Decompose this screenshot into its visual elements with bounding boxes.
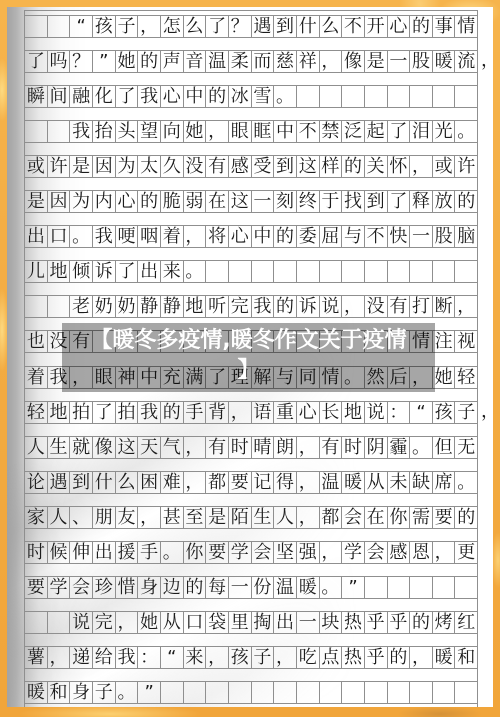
grid-row: 薯，递给我：“来，孩子，吃点热乎的，暖和 — [24, 646, 478, 669]
grid-cell: 来 — [160, 261, 183, 282]
grid-cell: 倾 — [69, 261, 92, 282]
grid-cell: 慈 — [273, 51, 296, 72]
grid-cell — [454, 261, 477, 282]
grid-row: 论遇到什么困难，都要记得，温暖从未缺席。 — [24, 471, 478, 494]
grid-cell: 。 — [115, 682, 138, 703]
grid-cell: 缺 — [409, 472, 432, 493]
grid-cell: 长 — [319, 402, 342, 423]
grid-cell: 。 — [454, 472, 477, 493]
grid-cell: ， — [409, 156, 432, 177]
grid-cell: 未 — [387, 472, 410, 493]
grid-cell: 。 — [69, 226, 92, 247]
grid-cell: 柔 — [228, 51, 251, 72]
grid-cell: 孩 — [228, 647, 251, 668]
grid-cell: 身 — [137, 577, 160, 598]
grid-cell — [364, 261, 387, 282]
grid-cell: 我 — [137, 86, 160, 107]
grid-cell: 点 — [319, 647, 342, 668]
grid-cell: 从 — [364, 472, 387, 493]
grid-cell: 雪 — [251, 86, 274, 107]
grid-cell: 子 — [454, 402, 477, 423]
grid-cell: ， — [183, 472, 206, 493]
grid-cell: 地 — [183, 296, 206, 317]
grid-cell: 出 — [273, 612, 296, 633]
grid-cell: 你 — [183, 542, 206, 563]
grid-row: 儿地倾诉了出来。 — [24, 260, 478, 283]
grid-cell: 要 — [205, 542, 228, 563]
grid-cell: 吗 — [47, 51, 70, 72]
grid-cell: 没 — [364, 296, 387, 317]
grid-cell: ， — [273, 647, 296, 668]
grid-cell: 许 — [454, 156, 477, 177]
grid-row: “孩子，怎么了？遇到什么不开心的事情 — [24, 15, 478, 38]
grid-cell: 诉 — [296, 296, 319, 317]
grid-cell: 而 — [251, 51, 274, 72]
grid-cell: 快 — [387, 226, 410, 247]
grid-cell: 要 — [228, 472, 251, 493]
grid-cell: 至 — [183, 507, 206, 528]
grid-cell: 化 — [92, 86, 115, 107]
grid-row: 时候伸出援手。你要学会坚强，学会感恩，更 — [24, 541, 478, 564]
grid-cell: 么 — [115, 472, 138, 493]
grid-cell: 不 — [341, 16, 364, 37]
grid-cell: 为 — [115, 156, 138, 177]
grid-cell: 说 — [69, 612, 92, 633]
grid-cell: 是 — [205, 507, 228, 528]
grid-cell: 因 — [92, 156, 115, 177]
grid-cell: 出 — [25, 226, 47, 247]
grid-cell: 坚 — [273, 542, 296, 563]
grid-cell: 学 — [341, 542, 364, 563]
grid-cell: 时 — [25, 542, 47, 563]
grid-cell: ？ — [228, 16, 251, 37]
grid-row: 要学会珍惜身边的每一份温暖。” — [24, 576, 478, 599]
grid-cell: 她 — [115, 51, 138, 72]
grid-cell: 地 — [47, 402, 70, 423]
grid-cell: 暖 — [341, 472, 364, 493]
grid-cell — [319, 86, 342, 107]
grid-cell: 眶 — [251, 121, 274, 142]
grid-cell: 为 — [69, 191, 92, 212]
grid-cell: 一 — [409, 226, 432, 247]
grid-row: 说完，她从口袋里掏出一块热乎乎的烤红 — [24, 611, 478, 634]
grid-cell: ？ — [69, 51, 92, 72]
grid-cell: 是 — [364, 51, 387, 72]
grid-cell: 更 — [454, 542, 477, 563]
grid-cell — [205, 682, 228, 703]
grid-cell: 放 — [432, 191, 455, 212]
grid-cell: 感 — [228, 156, 251, 177]
grid-cell: 乎 — [387, 612, 410, 633]
grid-cell: “ — [69, 16, 92, 37]
grid-cell: 了 — [92, 402, 115, 423]
grid-cell: 会 — [69, 577, 92, 598]
grid-cell: 晴 — [251, 437, 274, 458]
grid-cell: 你 — [387, 507, 410, 528]
grid-cell: 音 — [183, 51, 206, 72]
grid-cell: 股 — [432, 226, 455, 247]
grid-cell — [387, 577, 410, 598]
grid-cell: 的 — [409, 16, 432, 37]
grid-cell: 语 — [251, 402, 274, 423]
grid-cell: 要 — [432, 507, 455, 528]
grid-row: 家人、朋友，甚至是陌生人，都会在你需要的 — [24, 506, 478, 529]
grid-cell: ， — [228, 402, 251, 423]
grid-cell: ， — [183, 437, 206, 458]
grid-cell: 候 — [47, 542, 70, 563]
grid-cell: ， — [137, 16, 160, 37]
grid-cell: 或 — [432, 156, 455, 177]
grid-cell: 的 — [205, 86, 228, 107]
grid-cell: 视 — [454, 331, 477, 352]
grid-cell: 向 — [160, 121, 183, 142]
grid-cell: 无 — [454, 437, 477, 458]
grid-cell: 。 — [183, 261, 206, 282]
grid-cell: 友 — [115, 507, 138, 528]
grid-row: 老奶奶静静地听完我的诉说，没有打断， — [24, 295, 478, 318]
grid-row: 人生就像这天气，有时晴朗，有时阴霾。但无 — [24, 436, 478, 459]
grid-cell — [319, 682, 342, 703]
grid-cell: ， — [296, 507, 319, 528]
grid-cell: 弱 — [183, 191, 206, 212]
grid-cell: 块 — [319, 612, 342, 633]
grid-cell: 融 — [69, 86, 92, 107]
grid-cell: 刻 — [273, 191, 296, 212]
grid-cell: “ — [409, 402, 432, 423]
grid-cell — [432, 577, 455, 598]
grid-cell: ， — [319, 542, 342, 563]
grid-cell: 奶 — [115, 296, 138, 317]
grid-cell: 手 — [137, 542, 160, 563]
grid-cell: 地 — [341, 402, 364, 423]
grid-cell: 屈 — [319, 226, 342, 247]
title-overlay: 【暖冬多疫情,暖冬作文关于疫情】 — [62, 323, 435, 392]
grid-cell: 什 — [296, 16, 319, 37]
grid-cell: 的 — [454, 191, 477, 212]
grid-cell: 都 — [319, 507, 342, 528]
grid-cell — [47, 16, 70, 37]
grid-cell: 像 — [341, 51, 364, 72]
grid-cell: 珍 — [92, 577, 115, 598]
grid-cell: 久 — [160, 156, 183, 177]
grid-cell: 在 — [205, 191, 228, 212]
grid-cell — [25, 121, 47, 142]
grid-cell: 给 — [92, 647, 115, 668]
grid-cell: 内 — [92, 191, 115, 212]
grid-cell: 烤 — [432, 612, 455, 633]
grid-cell — [387, 261, 410, 282]
grid-cell — [454, 86, 477, 107]
grid-cell: 重 — [273, 402, 296, 423]
grid-cell: 需 — [409, 507, 432, 528]
grid-cell: 地 — [47, 261, 70, 282]
grid-cell: 说 — [364, 402, 387, 423]
grid-cell — [228, 261, 251, 282]
grid-cell: 诉 — [92, 261, 115, 282]
grid-cell: 。 — [160, 542, 183, 563]
grid-cell — [273, 261, 296, 282]
grid-row: 我抬头望向她，眼眶中不禁泛起了泪光。 — [24, 120, 478, 143]
grid-cell: ” — [137, 682, 160, 703]
grid-cell: 到 — [364, 191, 387, 212]
grid-cell: 声 — [160, 51, 183, 72]
grid-cell: 但 — [432, 437, 455, 458]
grid-cell: 瞬 — [25, 86, 47, 107]
grid-cell: 哽 — [115, 226, 138, 247]
grid-cell: 了 — [387, 121, 410, 142]
grid-cell: 了 — [115, 86, 138, 107]
grid-cell: 她 — [137, 612, 160, 633]
grid-cell: 和 — [47, 682, 70, 703]
grid-cell — [432, 682, 455, 703]
grid-cell: 情 — [454, 16, 477, 37]
grid-cell — [364, 577, 387, 598]
grid-cell: 终 — [296, 191, 319, 212]
grid-cell: ， — [137, 507, 160, 528]
grid-cell: 泛 — [341, 121, 364, 142]
grid-cell — [341, 682, 364, 703]
grid-cell: 这 — [228, 191, 251, 212]
grid-cell: 了 — [387, 191, 410, 212]
grid-cell: 儿 — [25, 261, 47, 282]
grid-cell: 热 — [341, 647, 364, 668]
grid-cell: 着 — [160, 226, 183, 247]
grid-cell — [251, 682, 274, 703]
margin-punctuation: ， — [481, 50, 495, 73]
grid-cell: 和 — [454, 647, 477, 668]
grid-cell — [25, 612, 47, 633]
grid-cell: ： — [137, 647, 160, 668]
grid-cell: 生 — [47, 437, 70, 458]
grid-cell — [341, 261, 364, 282]
grid-cell: 。 — [273, 86, 296, 107]
grid-cell: 温 — [205, 51, 228, 72]
grid-cell: 有 — [319, 437, 342, 458]
grid-cell: 难 — [160, 472, 183, 493]
grid-cell: 边 — [160, 577, 183, 598]
grid-cell — [454, 577, 477, 598]
grid-cell: 关 — [364, 156, 387, 177]
grid-cell: 感 — [387, 542, 410, 563]
grid-cell: 援 — [115, 542, 138, 563]
grid-cell: 心 — [115, 191, 138, 212]
grid-cell: 红 — [454, 612, 477, 633]
grid-cell — [205, 261, 228, 282]
grid-cell: 遇 — [47, 472, 70, 493]
grid-cell: 朗 — [273, 437, 296, 458]
grid-cell: 乎 — [364, 612, 387, 633]
grid-cell: ” — [92, 51, 115, 72]
grid-cell: 一 — [251, 191, 274, 212]
grid-cell: 像 — [92, 437, 115, 458]
grid-cell: 的 — [454, 507, 477, 528]
grid-cell: 一 — [387, 51, 410, 72]
grid-cell: 完 — [228, 296, 251, 317]
grid-cell: 困 — [137, 472, 160, 493]
grid-cell: 朋 — [92, 507, 115, 528]
grid-cell: 一 — [296, 612, 319, 633]
grid-cell: 开 — [364, 16, 387, 37]
grid-row: 或许是因为太久没有感受到这样的关怀，或许 — [24, 155, 478, 178]
grid-cell: 股 — [409, 51, 432, 72]
grid-cell: ： — [387, 402, 410, 423]
grid-cell: 。 — [454, 121, 477, 142]
grid-cell: 会 — [364, 542, 387, 563]
grid-cell: ， — [319, 51, 342, 72]
grid-cell: 热 — [341, 612, 364, 633]
grid-cell: 有 — [205, 156, 228, 177]
grid-cell — [319, 261, 342, 282]
grid-cell: 时 — [341, 437, 364, 458]
grid-cell: 每 — [205, 577, 228, 598]
grid-cell — [432, 261, 455, 282]
grid-cell: 甚 — [160, 507, 183, 528]
grid-cell: 静 — [137, 296, 160, 317]
grid-cell: 出 — [137, 261, 160, 282]
grid-cell — [273, 682, 296, 703]
grid-cell: 因 — [47, 191, 70, 212]
grid-cell: 的 — [273, 226, 296, 247]
grid-cell — [296, 261, 319, 282]
grid-row: 轻地拍了拍我的手背，语重心长地说：“孩子 — [24, 401, 478, 424]
grid-cell — [409, 261, 432, 282]
grid-cell: 身 — [69, 682, 92, 703]
grid-cell: 了 — [205, 16, 228, 37]
grid-cell: 心 — [296, 402, 319, 423]
grid-cell: 中 — [251, 226, 274, 247]
grid-cell — [409, 577, 432, 598]
grid-cell: 望 — [137, 121, 160, 142]
grid-cell: 霾 — [387, 437, 410, 458]
grid-cell: 会 — [251, 542, 274, 563]
grid-cell: 家 — [25, 507, 47, 528]
grid-cell: 了 — [25, 51, 47, 72]
grid-cell: 说 — [319, 296, 342, 317]
grid-cell: 光 — [432, 121, 455, 142]
grid-cell: 有 — [205, 437, 228, 458]
grid-cell: 我 — [251, 296, 274, 317]
grid-cell: 没 — [183, 156, 206, 177]
grid-cell — [387, 682, 410, 703]
grid-cell: 阴 — [364, 437, 387, 458]
grid-cell: 着 — [25, 367, 47, 388]
grid-cell — [364, 86, 387, 107]
grid-cell: 论 — [25, 472, 47, 493]
grid-cell: 陌 — [228, 507, 251, 528]
grid-cell: 脑 — [454, 226, 477, 247]
grid-cell: 奶 — [92, 296, 115, 317]
grid-cell: 心 — [387, 16, 410, 37]
grid-cell: 温 — [319, 472, 342, 493]
grid-cell: 头 — [115, 121, 138, 142]
grid-row: 瞬间融化了我心中的冰雪。 — [24, 85, 478, 108]
grid-cell: 到 — [69, 472, 92, 493]
grid-cell — [25, 16, 47, 37]
grid-cell: 起 — [364, 121, 387, 142]
grid-cell: 也 — [25, 331, 47, 352]
grid-cell: 暖 — [25, 682, 47, 703]
grid-cell: 了 — [115, 261, 138, 282]
grid-cell: 祥 — [296, 51, 319, 72]
grid-cell: 委 — [296, 226, 319, 247]
grid-cell: 的 — [341, 156, 364, 177]
grid-row: 暖和身子。” — [24, 681, 478, 704]
grid-cell: ， — [205, 647, 228, 668]
grid-cell — [454, 682, 477, 703]
grid-cell: 拍 — [69, 402, 92, 423]
grid-cell: 袋 — [205, 612, 228, 633]
grid-cell: 薯 — [25, 647, 47, 668]
grid-cell: 就 — [69, 437, 92, 458]
grid-cell: 。 — [319, 577, 342, 598]
grid-cell: 人 — [273, 507, 296, 528]
grid-cell: 受 — [251, 156, 274, 177]
grid-cell: 注 — [432, 331, 455, 352]
grid-cell — [296, 86, 319, 107]
grid-cell: 子 — [115, 16, 138, 37]
grid-cell — [160, 682, 183, 703]
grid-cell: 于 — [319, 191, 342, 212]
grid-cell: 人 — [47, 507, 70, 528]
grid-cell: 恩 — [409, 542, 432, 563]
grid-cell — [387, 86, 410, 107]
grid-cell: 完 — [92, 612, 115, 633]
grid-cell: 找 — [341, 191, 364, 212]
grid-cell: 我 — [115, 647, 138, 668]
grid-cell: 轻 — [25, 402, 47, 423]
grid-cell: 或 — [25, 156, 47, 177]
grid-cell: 孩 — [432, 402, 455, 423]
grid-cell: 的 — [273, 296, 296, 317]
grid-cell: 生 — [251, 507, 274, 528]
grid-cell: 席 — [432, 472, 455, 493]
grid-cell: 子 — [251, 647, 274, 668]
grid-cell: 里 — [228, 612, 251, 633]
grid-cell: ， — [296, 472, 319, 493]
grid-cell: 的 — [137, 191, 160, 212]
grid-cell: 暖 — [432, 51, 455, 72]
grid-cell: 学 — [228, 542, 251, 563]
grid-cell: 口 — [183, 612, 206, 633]
grid-cell — [251, 261, 274, 282]
grid-cell: ， — [432, 542, 455, 563]
grid-cell: 轻 — [454, 367, 477, 388]
grid-cell: 份 — [251, 577, 274, 598]
grid-cell — [47, 612, 70, 633]
grid-cell — [47, 121, 70, 142]
grid-cell: 强 — [296, 542, 319, 563]
grid-cell — [364, 682, 387, 703]
grid-cell: 她 — [432, 367, 455, 388]
grid-cell: 手 — [183, 402, 206, 423]
grid-cell: 暖 — [296, 577, 319, 598]
grid-cell: 是 — [25, 191, 47, 212]
grid-cell: 怎 — [160, 16, 183, 37]
grid-cell: 与 — [341, 226, 364, 247]
grid-cell — [183, 682, 206, 703]
grid-cell: 的 — [387, 647, 410, 668]
grid-cell: ” — [341, 577, 364, 598]
grid-cell: ， — [454, 296, 477, 317]
grid-cell: 断 — [432, 296, 455, 317]
grid-cell: 不 — [296, 121, 319, 142]
grid-cell: 脆 — [160, 191, 183, 212]
grid-row: 是因为内心的脆弱在这一刻终于找到了释放的 — [24, 190, 478, 213]
overlay-title: 【暖冬多疫情,暖冬作文关于疫情】 — [86, 323, 412, 386]
grid-cell: ， — [205, 121, 228, 142]
grid-cell: 打 — [409, 296, 432, 317]
grid-cell: 吃 — [296, 647, 319, 668]
